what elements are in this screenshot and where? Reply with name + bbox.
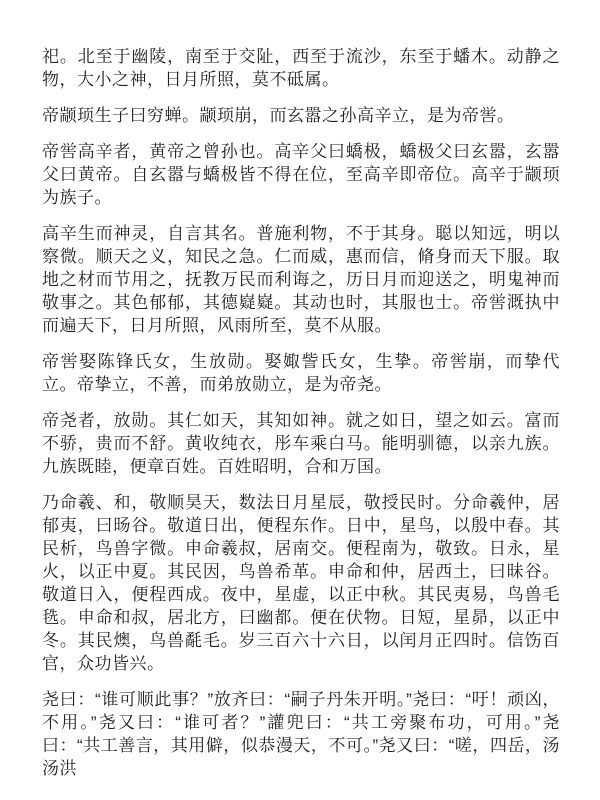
paragraph: 帝尧者，放勋。其仁如天，其知如神。就之如日，望之如云。富而不骄，贵而不舒。黄收纯… [42,409,560,478]
paragraph: 帝喾高辛者，黄帝之曾孙也。高辛父曰蟜极，蟜极父曰玄嚣，玄嚣父曰黄帝。自玄嚣与蟜极… [42,140,560,209]
paragraph: 尧曰：“谁可顺此事？”放齐曰：“嗣子丹朱开明。”尧曰：“吁！顽凶，不用。”尧又曰… [42,688,560,780]
document-page: 祀。北至于幽陵，南至于交阯，西至于流沙，东至于蟠木。动静之物，大小之神，日月所照… [0,0,600,800]
paragraph: 高辛生而神灵，自言其名。普施利物，不于其身。聪以知远，明以察微。顺天之义，知民之… [42,222,560,337]
paragraph: 帝喾娶陈锋氏女，生放勋。娶娵訾氏女，生挚。帝喾崩，而挚代立。帝挚立，不善，而弟放… [42,350,560,396]
paragraph: 乃命羲、和，敬顺昊天，数法日月星辰，敬授民时。分命羲仲，居郁夷，曰旸谷。敬道日出… [42,491,560,675]
paragraph: 祀。北至于幽陵，南至于交阯，西至于流沙，东至于蟠木。动静之物，大小之神，日月所照… [42,45,560,91]
paragraph: 帝颛顼生子曰穷蝉。颛顼崩，而玄嚣之孙高辛立，是为帝喾。 [42,104,560,127]
